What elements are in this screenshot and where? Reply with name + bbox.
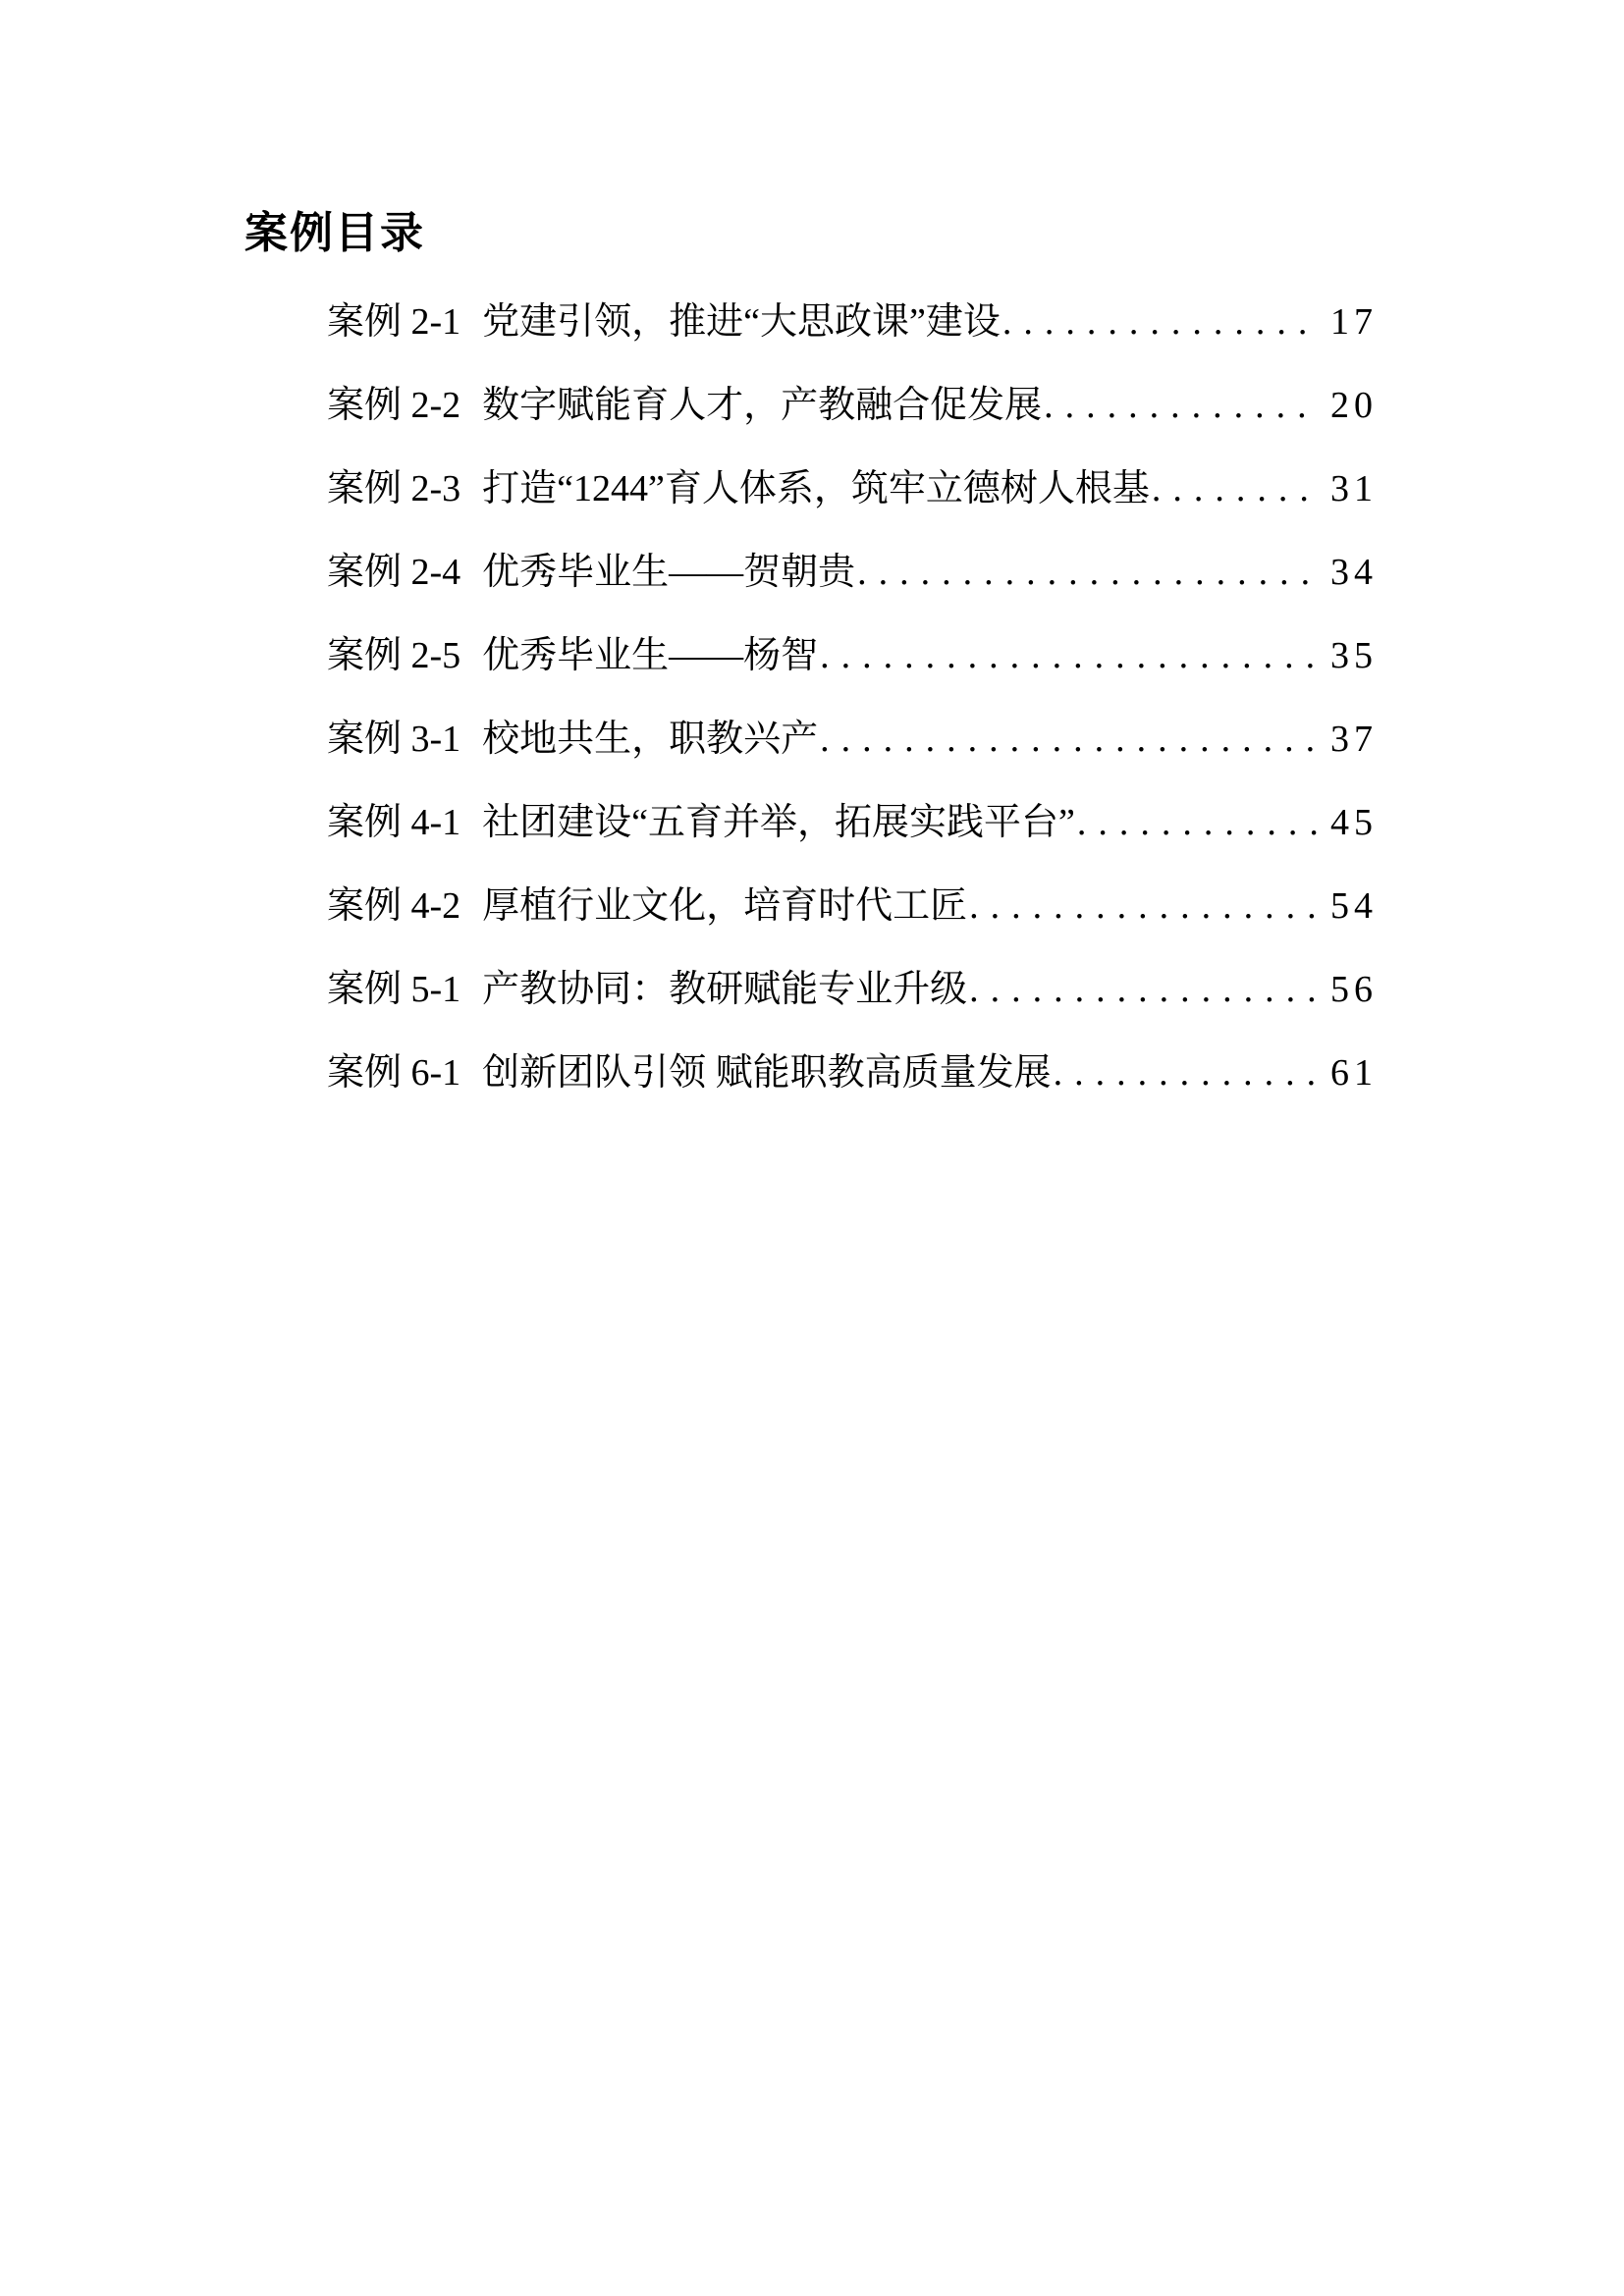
toc-page-number: 17	[1330, 281, 1378, 364]
toc-dot-leader: ........................................…	[969, 948, 1321, 1032]
toc-page-number: 35	[1330, 614, 1378, 698]
toc-entry[interactable]: 案例 4-1 社团建设“五育并举，拓展实践平台” ...............…	[327, 781, 1378, 865]
toc-entry[interactable]: 案例 2-1 党建引领，推进“大思政课”建设 .................…	[327, 281, 1378, 364]
toc-dot-leader: ........................................…	[1077, 781, 1321, 865]
toc-entry-label: 案例 4-1	[327, 781, 460, 865]
toc-list: 案例 2-1 党建引领，推进“大思政课”建设 .................…	[327, 281, 1378, 1115]
toc-entry[interactable]: 案例 2-3 打造“1244”育人体系，筑牢立德树人根基 ...........…	[327, 448, 1378, 531]
toc-dot-leader: ........................................…	[820, 698, 1321, 781]
toc-page-number: 56	[1330, 948, 1378, 1032]
toc-entry-title: 优秀毕业生——贺朝贵	[482, 531, 855, 614]
document-page: 案例目录 案例 2-1 党建引领，推进“大思政课”建设 ............…	[0, 0, 1624, 2296]
toc-entry-title: 打造“1244”育人体系，筑牢立德树人根基	[482, 448, 1150, 531]
toc-entry[interactable]: 案例 2-2 数字赋能育人才，产教融合促发展 .................…	[327, 364, 1378, 448]
toc-page-number: 61	[1330, 1032, 1378, 1115]
toc-page-number: 45	[1330, 781, 1378, 865]
toc-entry-title: 党建引领，推进“大思政课”建设	[482, 281, 1001, 364]
toc-entry-title: 社团建设“五育并举，拓展实践平台”	[482, 781, 1075, 865]
toc-dot-leader: ........................................…	[1002, 281, 1321, 364]
toc-entry-title: 厚植行业文化，培育时代工匠	[482, 865, 967, 948]
toc-entry[interactable]: 案例 2-4 优秀毕业生——贺朝贵 ......................…	[327, 531, 1378, 614]
toc-entry-title: 数字赋能育人才，产教融合促发展	[482, 364, 1042, 448]
toc-entry[interactable]: 案例 6-1 创新团队引领 赋能职教高质量发展 ................…	[327, 1032, 1378, 1115]
toc-entry-label: 案例 2-2	[327, 364, 460, 448]
page-title: 案例目录	[244, 208, 425, 259]
toc-entry-label: 案例 3-1	[327, 698, 460, 781]
toc-entry-label: 案例 5-1	[327, 948, 460, 1032]
toc-entry[interactable]: 案例 3-1 校地共生，职教兴产 .......................…	[327, 698, 1378, 781]
toc-page-number: 20	[1330, 364, 1378, 448]
toc-entry-title: 校地共生，职教兴产	[482, 698, 818, 781]
toc-page-number: 31	[1330, 448, 1378, 531]
toc-dot-leader: ........................................…	[1054, 1032, 1321, 1115]
toc-page-number: 37	[1330, 698, 1378, 781]
toc-entry-label: 案例 4-2	[327, 865, 460, 948]
toc-entry[interactable]: 案例 4-2 厚植行业文化，培育时代工匠 ...................…	[327, 865, 1378, 948]
toc-entry-title: 产教协同：教研赋能专业升级	[482, 948, 967, 1032]
toc-entry-label: 案例 6-1	[327, 1032, 460, 1115]
toc-entry-title: 优秀毕业生——杨智	[482, 614, 818, 698]
toc-dot-leader: ........................................…	[1044, 364, 1321, 448]
toc-page-number: 34	[1330, 531, 1378, 614]
toc-dot-leader: ........................................…	[857, 531, 1321, 614]
toc-entry-label: 案例 2-4	[327, 531, 460, 614]
toc-page-number: 54	[1330, 865, 1378, 948]
toc-dot-leader: ........................................…	[820, 614, 1321, 698]
toc-dot-leader: ........................................…	[969, 865, 1321, 948]
toc-entry-label: 案例 2-1	[327, 281, 460, 364]
toc-entry[interactable]: 案例 2-5 优秀毕业生——杨智 .......................…	[327, 614, 1378, 698]
toc-entry[interactable]: 案例 5-1 产教协同：教研赋能专业升级 ...................…	[327, 948, 1378, 1032]
toc-entry-label: 案例 2-3	[327, 448, 460, 531]
toc-entry-title: 创新团队引领 赋能职教高质量发展	[482, 1032, 1052, 1115]
toc-entry-label: 案例 2-5	[327, 614, 460, 698]
toc-dot-leader: ........................................…	[1152, 448, 1321, 531]
